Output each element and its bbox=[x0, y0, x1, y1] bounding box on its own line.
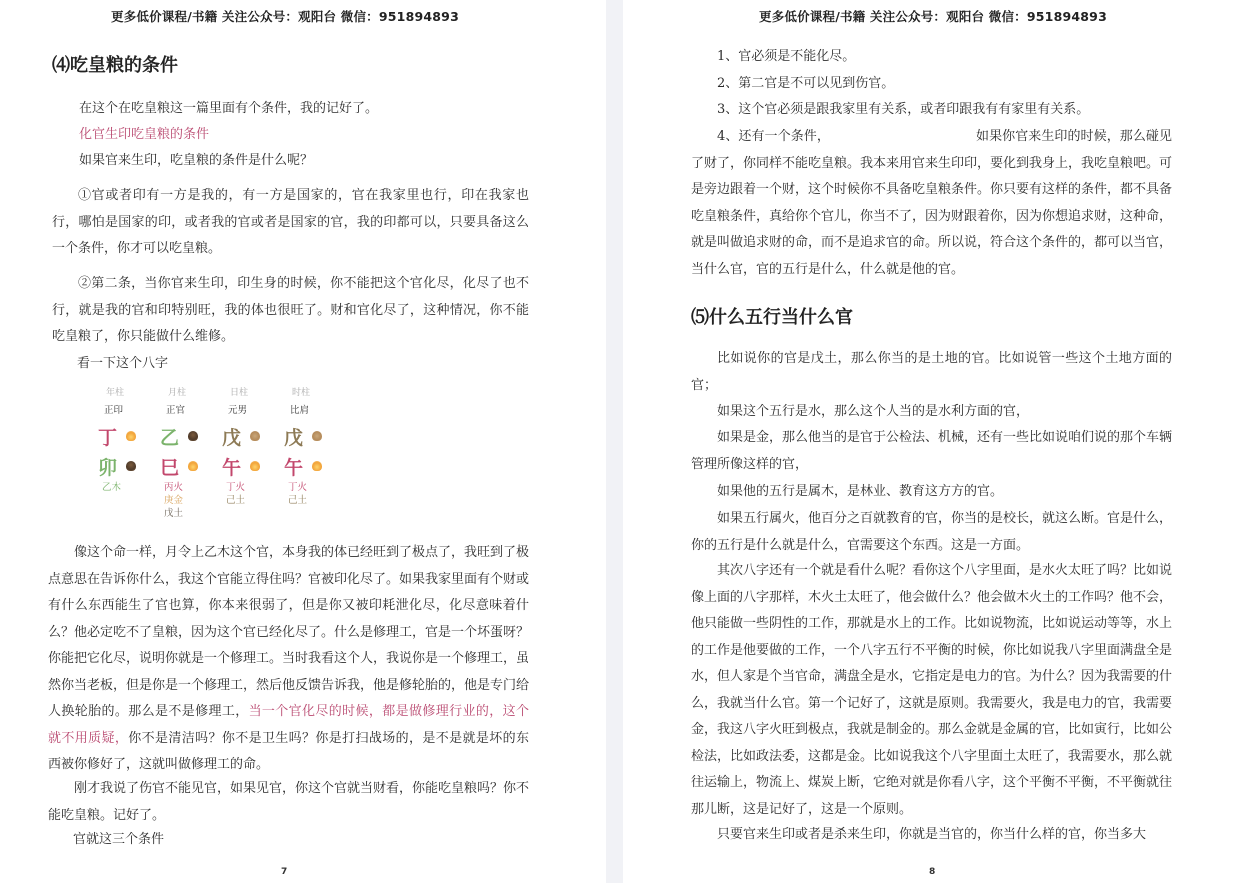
ten-god-label: 比肩 bbox=[284, 399, 340, 421]
paragraph: 如果官来生印，吃皇粮的条件是什么呢？ bbox=[79, 148, 539, 175]
fire-icon bbox=[126, 431, 136, 441]
running-header: 更多低价课程/书籍 关注公众号：观阳台 微信：951894893 bbox=[623, 7, 1241, 25]
hidden-stem: 丁火 bbox=[222, 481, 278, 494]
list-item: 2、第二官是不可以见到伤官。 bbox=[717, 71, 1177, 98]
running-header: 更多低价课程/书籍 关注公众号：观阳台 微信：951894893 bbox=[0, 7, 570, 25]
paragraph: 其次八字还有一个就是看什么呢？看你这个八字里面，是水火太旺了吗？比如说像上面的八… bbox=[691, 558, 1172, 823]
hidden-stem: 戊土 bbox=[160, 507, 216, 520]
fire-icon bbox=[188, 461, 198, 471]
page-number: 7 bbox=[281, 867, 287, 877]
paragraph: 如果五行属火，他百分之百就教育的官，你当的是校长，就这么断。官是什么，你的五行是… bbox=[691, 506, 1172, 559]
heavenly-stem: 戊 bbox=[284, 423, 308, 450]
hidden-stem: 丙火 bbox=[160, 481, 216, 494]
paragraph: 刚才我说了伤官不能见官，如果见官，你这个官就当财看，你能吃皇粮吗？你不能吃皇粮。… bbox=[48, 776, 529, 829]
page-number: 8 bbox=[929, 867, 935, 877]
pillar-label: 年柱 bbox=[98, 385, 154, 399]
list-item: 1、官必须是不能化尽。 bbox=[717, 44, 1177, 71]
paragraph-condition-1: ①官或者印有一方是我的，有一方是国家的，官在我家里也行，印在我家也行，哪怕是国家… bbox=[52, 183, 529, 263]
pillar-label: 月柱 bbox=[160, 385, 216, 399]
paragraph: 在这个在吃皇粮这一篇里面有个条件，我的记好了。 bbox=[79, 96, 539, 123]
paragraph: 官就这三个条件 bbox=[73, 827, 373, 854]
fire-icon bbox=[312, 461, 322, 471]
page-gutter bbox=[606, 0, 623, 883]
fire-icon bbox=[250, 461, 260, 471]
paragraph-condition-2: ②第二条，当你官来生印，印生身的时候，你不能把这个官化尽，化尽了也不行，就是我的… bbox=[52, 271, 529, 351]
paragraph: 如果这个五行是水，那么这个人当的是水利方面的官， bbox=[691, 399, 1172, 426]
paragraph: 看一下这个八字 bbox=[77, 351, 377, 378]
wood-icon bbox=[188, 431, 198, 441]
paragraph: 如果是金，那么他当的是官于公检法、机械，还有一些比如说咱们说的那个车辆管理所像这… bbox=[691, 425, 1172, 478]
paragraph: 如果他的五行是属木，是林业、教育这方方的官。 bbox=[691, 479, 1172, 506]
hidden-stem: 庚金 bbox=[160, 494, 216, 507]
heavenly-stem: 丁 bbox=[98, 423, 122, 450]
earth-icon bbox=[312, 431, 322, 441]
hidden-stem: 己土 bbox=[284, 494, 340, 507]
hidden-stem: 丁火 bbox=[284, 481, 340, 494]
earth-icon bbox=[250, 431, 260, 441]
paragraph: 只要官来生印或者是杀来生印，你就是当官的，你当什么样的官，你当多大 bbox=[691, 822, 1172, 849]
earthly-branch: 巳 bbox=[160, 453, 184, 480]
hidden-stem: 己土 bbox=[222, 494, 278, 507]
paragraph-analysis: 像这个命一样，月令上乙木这个官，本身我的体已经旺到了极点了，我旺到了极点意思在告… bbox=[48, 540, 529, 779]
heavenly-stem: 戊 bbox=[222, 423, 246, 450]
earthly-branch: 卯 bbox=[98, 453, 122, 480]
pillar-label: 时柱 bbox=[284, 385, 340, 399]
list-item-4: 4、还有一个条件，如果你官来生印的时候，那么碰见了财了，你同样不能吃皇粮。我本来… bbox=[691, 124, 1172, 283]
bazi-chart: 年柱 正印 丁 卯 乙木 月柱 正官 乙 巳 丙火 庚金 戊土 日柱 元男 戊 … bbox=[98, 385, 338, 530]
bazi-column-day: 日柱 元男 戊 午 丁火 己土 bbox=[222, 385, 278, 507]
paragraph: 比如说你的官是戊土，那么你当的是土地的官。比如说管一些这个土地方面的官； bbox=[691, 346, 1172, 399]
section-title: ⑸什么五行当什么官 bbox=[691, 303, 853, 329]
heavenly-stem: 乙 bbox=[160, 423, 184, 450]
pillar-label: 日柱 bbox=[222, 385, 278, 399]
bazi-column-hour: 时柱 比肩 戊 午 丁火 己土 bbox=[284, 385, 340, 507]
earthly-branch: 午 bbox=[284, 453, 308, 480]
document-spread: 更多低价课程/书籍 关注公众号：观阳台 微信：951894893 ⑷吃皇粮的条件… bbox=[0, 0, 1241, 883]
page-8: 更多低价课程/书籍 关注公众号：观阳台 微信：951894893 1、官必须是不… bbox=[623, 0, 1241, 883]
section-title: ⑷吃皇粮的条件 bbox=[52, 51, 178, 77]
bazi-column-year: 年柱 正印 丁 卯 乙木 bbox=[98, 385, 154, 494]
ten-god-label: 正官 bbox=[160, 399, 216, 421]
bazi-column-month: 月柱 正官 乙 巳 丙火 庚金 戊土 bbox=[160, 385, 216, 520]
page-7: 更多低价课程/书籍 关注公众号：观阳台 微信：951894893 ⑷吃皇粮的条件… bbox=[0, 0, 606, 883]
wood-icon bbox=[126, 461, 136, 471]
hidden-stem: 乙木 bbox=[98, 481, 154, 494]
ten-god-label: 正印 bbox=[98, 399, 154, 421]
pink-subheading: 化官生印吃皇粮的条件 bbox=[79, 122, 539, 149]
list-item: 3、这个官必须是跟我家里有关系，或者印跟我有有家里有关系。 bbox=[717, 97, 1177, 124]
earthly-branch: 午 bbox=[222, 453, 246, 480]
ten-god-label: 元男 bbox=[222, 399, 278, 421]
